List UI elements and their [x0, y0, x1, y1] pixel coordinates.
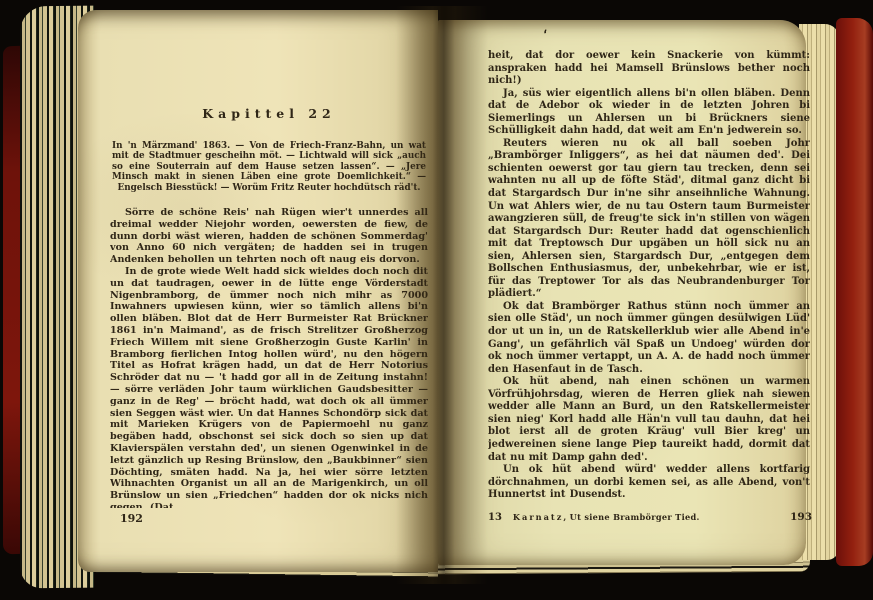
- left-page-text-block: Kapittel 22 In 'n Märzmand' 1863. — Von …: [110, 106, 428, 508]
- footer-author: Karnatz: [513, 512, 563, 522]
- paragraph: Sörre de schöne Reis' nah Rügen wier't u…: [110, 207, 428, 266]
- footer-book-title: , Ut siene Brambörger Tied.: [563, 512, 699, 522]
- chapter-summary: In 'n Märzmand' 1863. — Von de Friech-Fr…: [110, 141, 428, 193]
- paragraph: Un ok hüt abend würd' wedder allens kort…: [488, 464, 810, 502]
- right-page: ‘ heit, dat dor oewer kein Snackerie von…: [438, 20, 806, 565]
- book-cover-right-edge: [836, 18, 873, 566]
- paragraph: Ja, süs wier eigentlich allens bi'n olle…: [488, 88, 810, 138]
- stray-ink-mark: ‘: [542, 28, 550, 44]
- left-page: Kapittel 22 In 'n Märzmand' 1863. — Von …: [78, 10, 438, 572]
- chapter-heading: Kapittel 22: [110, 106, 428, 121]
- page-number-left: 192: [120, 512, 143, 525]
- open-book-photo: Kapittel 22 In 'n Märzmand' 1863. — Von …: [0, 0, 873, 600]
- running-footer: 13 Karnatz , Ut siene Brambörger Tied. 1…: [488, 511, 812, 523]
- paragraph: heit, dat dor oewer kein Snackerie von k…: [488, 50, 810, 88]
- page-number-right: 193: [790, 511, 812, 523]
- paragraph: Reuters wieren nu ok all ball soeben Joh…: [488, 138, 810, 301]
- sheet-signature-number: 13: [488, 512, 502, 523]
- paragraph: Ok hüt abend, nah einen schönen un warme…: [488, 376, 810, 464]
- paragraph: Ok dat Brambörger Rathus stünn noch ümme…: [488, 301, 810, 376]
- paragraph: In de grote wiede Welt hadd sick wieldes…: [110, 266, 428, 508]
- right-page-text-block: heit, dat dor oewer kein Snackerie von k…: [488, 50, 810, 502]
